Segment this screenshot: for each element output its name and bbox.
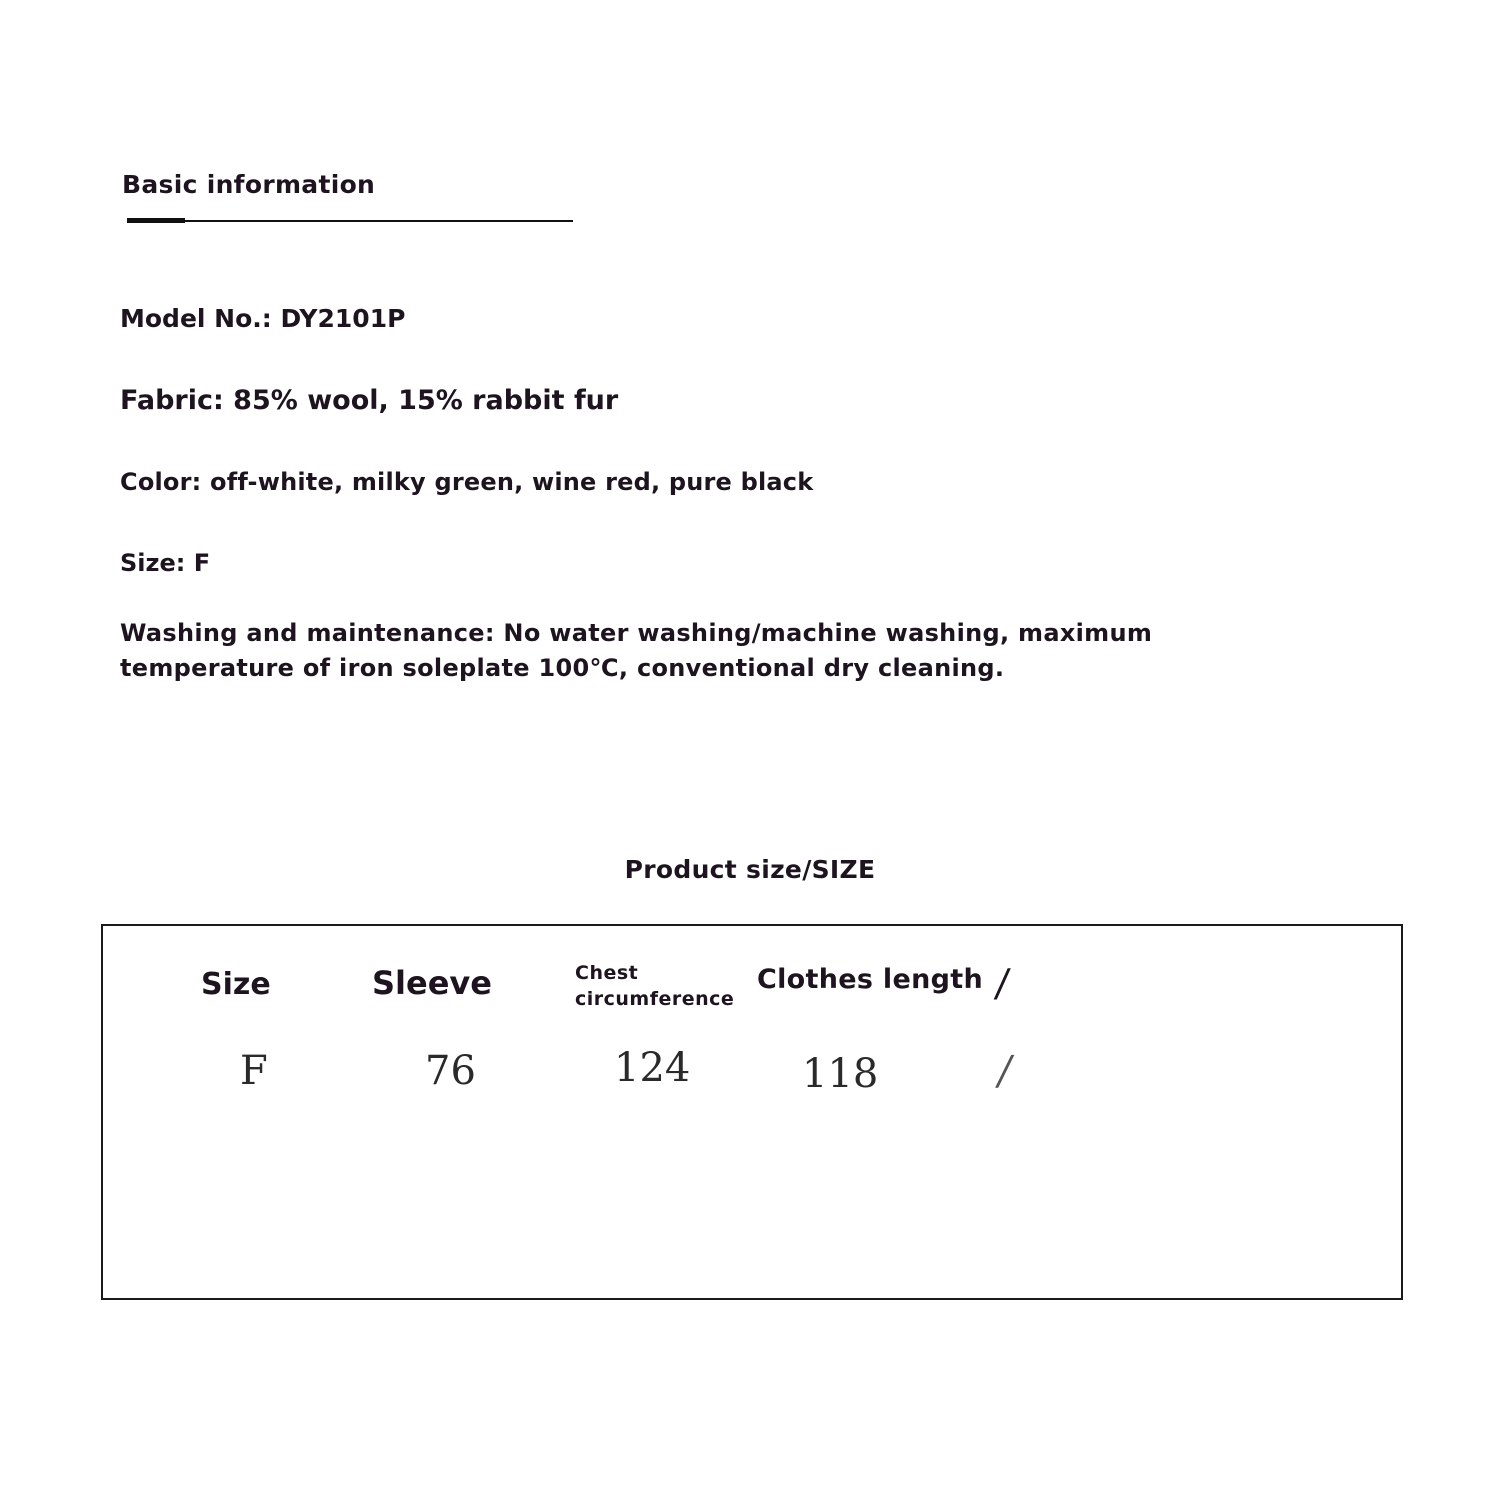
cell-sleeve: 76 xyxy=(425,1048,476,1094)
header-chest-circumference: Chest circumference xyxy=(575,960,734,1012)
cell-size: F xyxy=(240,1048,268,1094)
header-clothes-length: Clothes length xyxy=(757,964,983,995)
cell-chest: 124 xyxy=(614,1045,690,1091)
header-chest-line1: Chest xyxy=(575,960,734,986)
size-info: Size: F xyxy=(120,549,210,577)
cell-extra: / xyxy=(994,1048,1016,1094)
color-info: Color: off-white, milky green, wine red,… xyxy=(120,468,813,496)
washing-info: Washing and maintenance: No water washin… xyxy=(120,616,1200,686)
header-size: Size xyxy=(201,967,271,1002)
model-number: Model No.: DY2101P xyxy=(120,304,405,333)
basic-info-title: Basic information xyxy=(122,170,375,199)
fabric-info: Fabric: 85% wool, 15% rabbit fur xyxy=(120,385,618,416)
size-table: Size Sleeve Chest circumference Clothes … xyxy=(101,924,1403,1300)
header-extra: / xyxy=(993,961,1012,1005)
header-chest-line2: circumference xyxy=(575,986,734,1012)
size-table-title: Product size/SIZE xyxy=(0,855,1500,884)
cell-clothes-length: 118 xyxy=(802,1051,878,1097)
title-underline-accent xyxy=(127,218,185,223)
header-sleeve: Sleeve xyxy=(372,964,492,1002)
title-underline xyxy=(127,220,573,222)
